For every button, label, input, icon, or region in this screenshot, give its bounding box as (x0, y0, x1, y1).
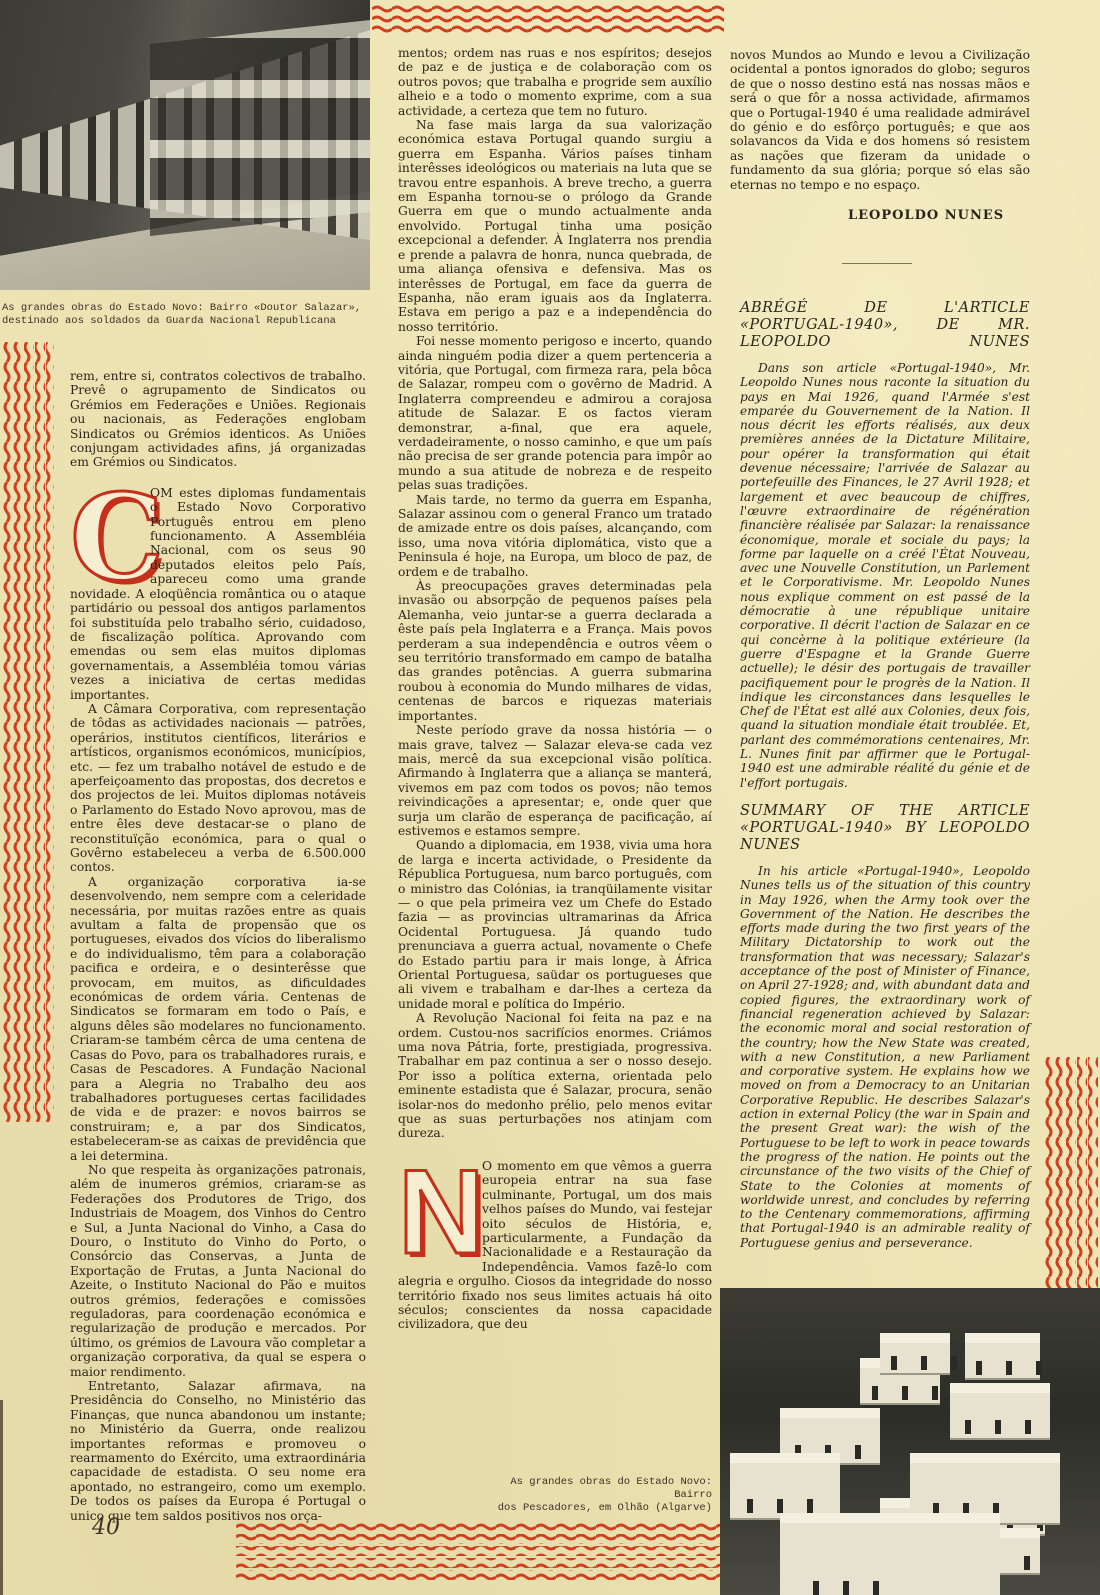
house (780, 1513, 1000, 1595)
paragraph: A organização corporativa ia-se desenvol… (70, 875, 366, 1163)
paragraph: novos Mundos ao Mundo e levou a Civiliza… (730, 48, 1030, 192)
paragraph: Às preocupações graves determinadas pela… (398, 579, 712, 723)
paragraph: Foi nesse momento perigoso e incerto, qu… (398, 334, 712, 492)
french-summary-body: Dans son article «Portugal-1940», Mr. Le… (740, 361, 1030, 790)
bottom-photo-caption: As grandes obras do Estado Novo: Bairro … (470, 1476, 712, 1515)
french-summary: ABRÉGÉ DE L'ARTICLE «PORTUGAL-1940», DE … (740, 300, 1030, 790)
paragraph: Entretanto, Salazar afirmava, na Presidê… (70, 1379, 366, 1523)
paragraph: No que respeita às organizações patronai… (70, 1163, 366, 1379)
house (880, 1333, 950, 1373)
divider-rule (842, 263, 912, 264)
article-column-3: novos Mundos ao Mundo e levou a Civiliza… (730, 48, 1030, 192)
page-edge (0, 1400, 3, 1595)
article-column-1: rem, entre si, contratos colectivos de t… (70, 369, 366, 1523)
paragraph-dropcap: COM estes diplomas fundamentais o Estado… (70, 486, 366, 702)
paragraph: In his article «Portugal-1940», Leopoldo… (740, 864, 1030, 1250)
paragraph: Neste período grave da nossa história — … (398, 723, 712, 838)
paragraph: rem, entre si, contratos colectivos de t… (70, 369, 366, 470)
paragraph: Mais tarde, no termo da guerra em Espanh… (398, 493, 712, 579)
dropcap-letter-c: C (70, 490, 140, 587)
top-photo-caption: As grandes obras do Estado Novo: Bairro … (2, 302, 372, 328)
english-summary-title: SUMMARY OF THE ARTICLE «PORTUGAL-1940» B… (740, 803, 1030, 854)
house (965, 1333, 1040, 1378)
paragraph: Dans son article «Portugal-1940», Mr. Le… (740, 361, 1030, 790)
paragraph: Na fase mais larga da sua valorização ec… (398, 118, 712, 334)
caption-line: As grandes obras do Estado Novo: Bairro … (2, 302, 372, 315)
paragraph: mentos; ordem nas ruas e nos espíritos; … (398, 46, 712, 118)
english-summary-body: In his article «Portugal-1940», Leopoldo… (740, 864, 1030, 1250)
page-number: 40 (92, 1515, 120, 1540)
decorative-vertical-wave-icon (1044, 1057, 1100, 1289)
photo-fishermen-houses (720, 1288, 1100, 1595)
caption-line: dos Pescadores, em Olhão (Algarve) (470, 1502, 712, 1515)
decorative-wave-rule-icon (236, 1522, 720, 1584)
caption-line: As grandes obras do Estado Novo: Bairro (470, 1476, 712, 1502)
dropcap-letter-n: N (398, 1163, 472, 1261)
english-summary: SUMMARY OF THE ARTICLE «PORTUGAL-1940» B… (740, 803, 1030, 1250)
caption-line: destinado aos soldados da Guarda Naciona… (2, 315, 372, 328)
article-column-2: mentos; ordem nas ruas e nos espíritos; … (398, 46, 712, 1332)
photo-apartment-buildings (0, 0, 370, 290)
author-signature: LEOPOLDO NUNES (848, 208, 1004, 223)
paragraph-dropcap: NO momento em que vêmos a guerra europei… (398, 1159, 712, 1332)
paragraph: A Câmara Corporativa, com representação … (70, 702, 366, 875)
house (730, 1453, 840, 1518)
decorative-vertical-wave-icon (2, 342, 54, 1122)
french-summary-title: ABRÉGÉ DE L'ARTICLE «PORTUGAL-1940», DE … (740, 300, 1030, 351)
paragraph: A Revolução Nacional foi feita na paz e … (398, 1011, 712, 1141)
house (950, 1383, 1050, 1438)
paragraph: Quando a diplomacia, em 1938, vivia uma … (398, 838, 712, 1011)
decorative-wave-rule-icon (372, 4, 724, 34)
